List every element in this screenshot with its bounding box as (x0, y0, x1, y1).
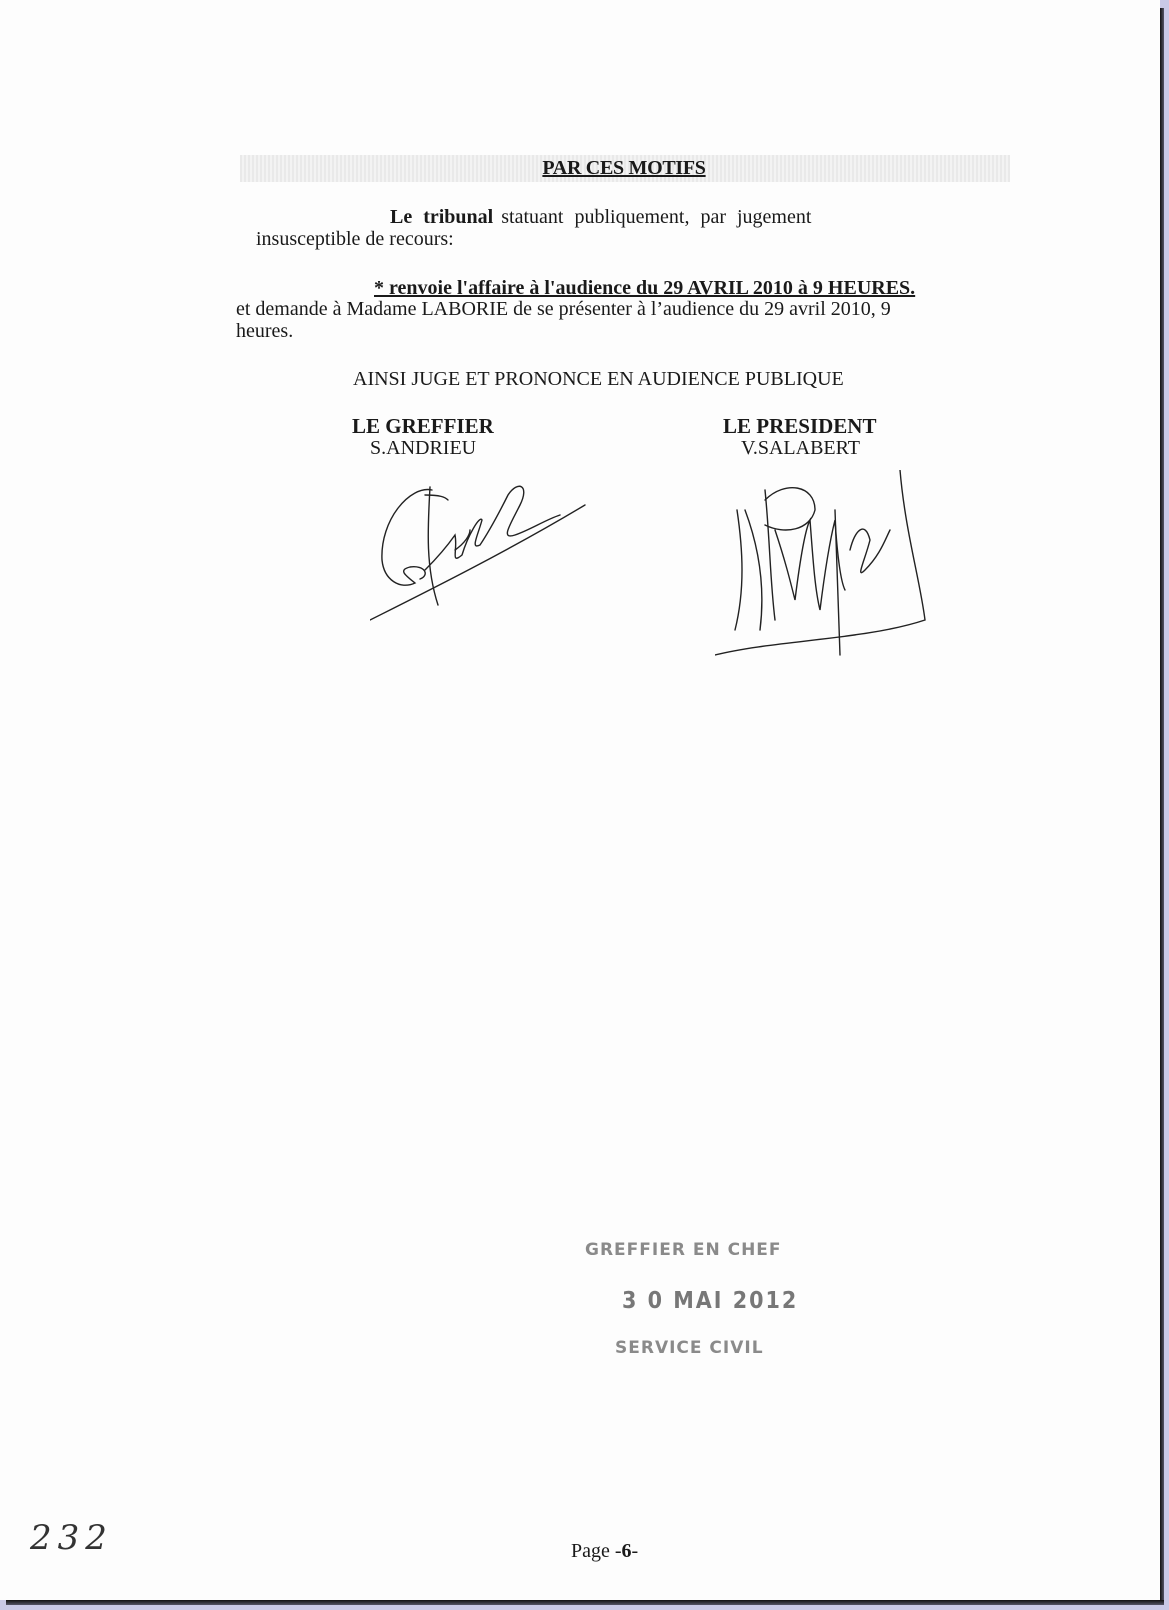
tribunal-label: Le tribunal (390, 206, 493, 228)
stamp-service-civil: SERVICE CIVIL (615, 1338, 764, 1358)
page-prefix: Page - (571, 1540, 622, 1562)
paragraph-1-line-1: Le tribunalstatuant publiquement, par ju… (390, 206, 811, 229)
page-footer: Page -6- (571, 1540, 638, 1563)
document-page: PAR CES MOTIFS Le tribunalstatuant publi… (0, 0, 1160, 1600)
greffier-title: LE GREFFIER (352, 414, 494, 439)
page-number: 6 (622, 1540, 632, 1562)
stamp-date: 3 0 MAI 2012 (622, 1288, 798, 1314)
decision-line: * renvoie l'affaire à l'audience du 29 A… (374, 277, 915, 300)
handwritten-page-number: 232 (30, 1518, 113, 1558)
president-signature-icon (715, 470, 930, 660)
page-suffix: - (632, 1540, 639, 1562)
stamp-greffier-en-chef: GREFFIER EN CHEF (585, 1240, 782, 1260)
paragraph-1-text: statuant publiquement, par jugement (501, 206, 811, 228)
president-name: V.SALABERT (741, 437, 860, 460)
page-shadow-bottom (6, 1600, 1164, 1605)
greffier-name: S.ANDRIEU (370, 437, 476, 460)
closing-statement: AINSI JUGE ET PRONONCE EN AUDIENCE PUBLI… (353, 368, 844, 391)
greffier-signature-icon (370, 475, 590, 625)
section-heading: PAR CES MOTIFS (0, 157, 1169, 180)
paragraph-2-line-1: et demande à Madame LABORIE de se présen… (236, 298, 891, 321)
president-title: LE PRESIDENT (723, 414, 876, 439)
page-shadow-right (1160, 8, 1164, 1605)
paragraph-2-line-2: heures. (236, 320, 293, 343)
paragraph-1-line-2: insusceptible de recours: (256, 228, 454, 251)
